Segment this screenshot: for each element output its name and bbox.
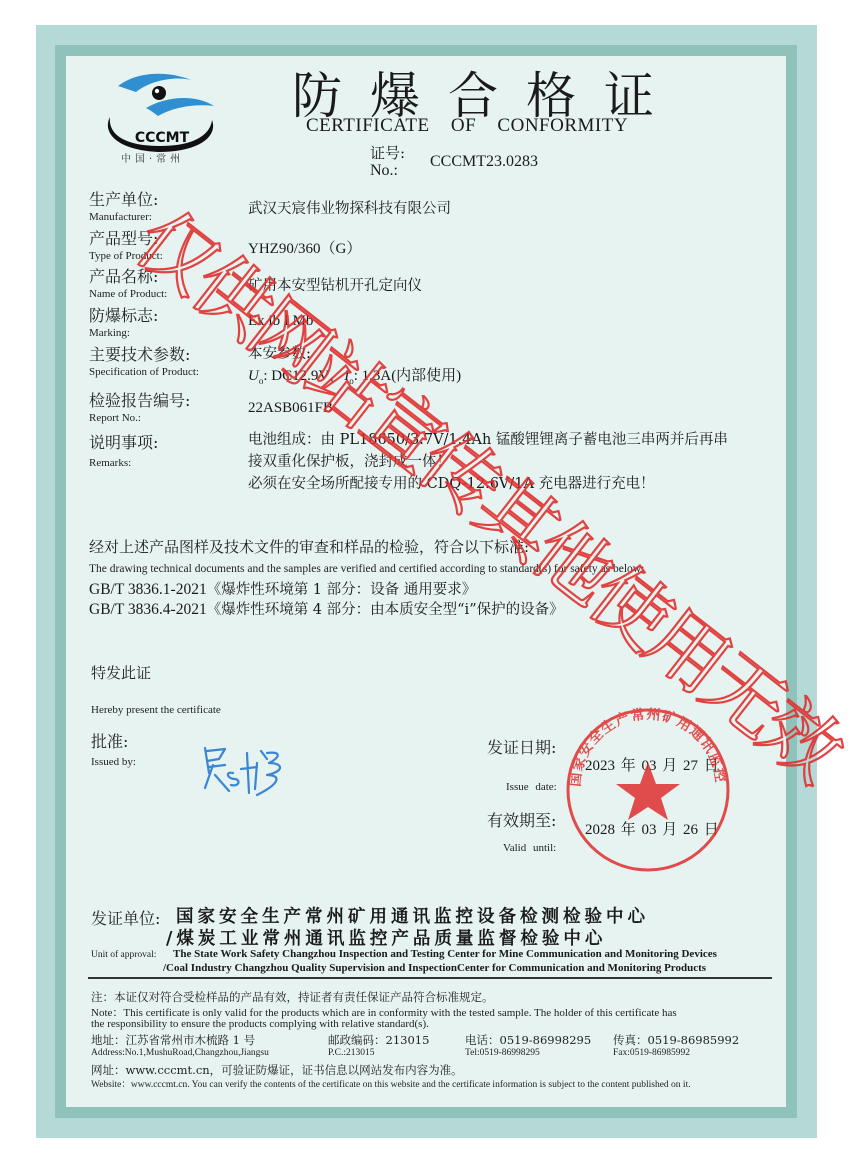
address-cn: 地址：江苏省常州市木梳路 1 号 — [91, 1032, 255, 1048]
issuer-line1-en: The State Work Safety Changzhou Inspecti… — [173, 948, 717, 960]
present-cn: 特发此证 — [91, 662, 151, 683]
tel-cn: 电话：0519-86998295 — [465, 1032, 591, 1048]
postcode-cn: 邮政编码：213015 — [328, 1032, 429, 1048]
footer-divider — [88, 977, 772, 979]
marking-value: Ex ib I Mb — [248, 313, 313, 330]
spec-label-cn: 主要技术参数: — [89, 342, 190, 365]
manufacturer-value: 武汉天宸伟业物探科技有限公司 — [248, 197, 451, 218]
issuer-label-en: Unit of approval: — [91, 950, 156, 960]
website-en: Website：www.cccmt.cn. You can verify the… — [91, 1076, 691, 1090]
fax-en: Fax:0519-86985992 — [613, 1048, 690, 1058]
svg-text:CCCMT: CCCMT — [135, 130, 190, 146]
fax-cn: 传真：0519-86985992 — [613, 1032, 739, 1048]
remarks-line-2: 接双重化保护板，浇封成一体！ — [248, 450, 451, 471]
cert-no-value: CCCMT23.0283 — [430, 153, 538, 171]
product-name-value: 矿用本安型钻机开孔定向仪 — [248, 274, 422, 295]
valid-until-value: 2028 年 03 月 26 日 — [585, 818, 719, 839]
standard-item-2: GB/T 3836.4-2021《爆炸性环境第 4 部分：由本质安全型“i”保护… — [89, 598, 564, 619]
standards-intro-cn: 经对上述产品图样及技术文件的审查和样品的检验，符合以下标准: — [89, 536, 529, 557]
standards-intro-en: The drawing technical documents and the … — [89, 563, 644, 575]
valid-until-label-cn: 有效期至: — [487, 808, 556, 831]
spec-line1: 本安参数: — [248, 342, 311, 363]
remarks-label-cn: 说明事项: — [89, 430, 158, 453]
present-en: Hereby present the certificate — [91, 704, 221, 716]
issue-date-value: 2023 年 03 月 27 日 — [585, 754, 719, 775]
remarks-line-3: 必须在安全场所配接专用的 CDQ-12.6V/1A 充电器进行充电！ — [248, 472, 655, 493]
page-title-en: CERTIFICATE OF CONFORMITY — [306, 115, 628, 137]
cert-no-label-en: No.: — [370, 162, 398, 180]
report-label-cn: 检验报告编号: — [89, 388, 190, 411]
manufacturer-label-en: Manufacturer: — [89, 211, 152, 223]
marking-label-en: Marking: — [89, 327, 130, 339]
logo-caption: 中国·常州 — [121, 150, 184, 165]
issuer-line2-en: /Coal Industry Changzhou Quality Supervi… — [163, 962, 706, 974]
approved-label-cn: 批准: — [91, 729, 128, 752]
note-cn: 注：本证仅对符合受检样品的产品有效，持证者有责任保证产品符合标准规定。 — [91, 989, 494, 1005]
marking-label-cn: 防爆标志: — [89, 303, 158, 326]
issuer-line2-cn: /煤炭工业常州通讯监控产品质量监督检验中心 — [166, 925, 606, 950]
issuer-label-cn: 发证单位: — [91, 906, 160, 929]
report-value: 22ASB061FB — [248, 400, 333, 417]
spec-line2: Uo: DC12.9V，Io: 1.3A(内部使用) — [248, 364, 461, 386]
remarks-line-1: 电池组成：由 PL18650/3.7V/1.4Ah 锰酸锂锂离子蓄电池三串两并后… — [248, 428, 728, 449]
remarks-label-en: Remarks: — [89, 457, 131, 469]
report-label-en: Report No.: — [89, 412, 141, 424]
address-en: Address:No.1,MushuRoad,Changzhou,Jiangsu — [91, 1048, 269, 1058]
manufacturer-label-cn: 生产单位: — [89, 187, 158, 210]
standard-item-1: GB/T 3836.1-2021《爆炸性环境第 1 部分：设备 通用要求》 — [89, 578, 476, 599]
type-value: YHZ90/360（G） — [248, 237, 361, 258]
issue-date-label-en: Issue date: — [506, 781, 557, 793]
valid-until-label-en: Valid until: — [503, 842, 556, 854]
signature-icon — [195, 743, 295, 798]
type-label-en: Type of Product: — [89, 250, 163, 262]
issue-date-label-cn: 发证日期: — [487, 735, 556, 758]
product-name-label-cn: 产品名称: — [89, 264, 158, 287]
approved-label-en: Issued by: — [91, 756, 136, 768]
product-name-label-en: Name of Product: — [89, 288, 167, 300]
type-label-cn: 产品型号: — [89, 226, 158, 249]
tel-en: Tel:0519-86998295 — [465, 1048, 540, 1058]
postcode-en: P.C.:213015 — [328, 1048, 374, 1058]
spec-label-en: Specification of Product: — [89, 366, 199, 378]
cert-no-label-cn: 证号: — [370, 142, 405, 163]
note-en-2: the responsibility to ensure the product… — [91, 1018, 429, 1030]
